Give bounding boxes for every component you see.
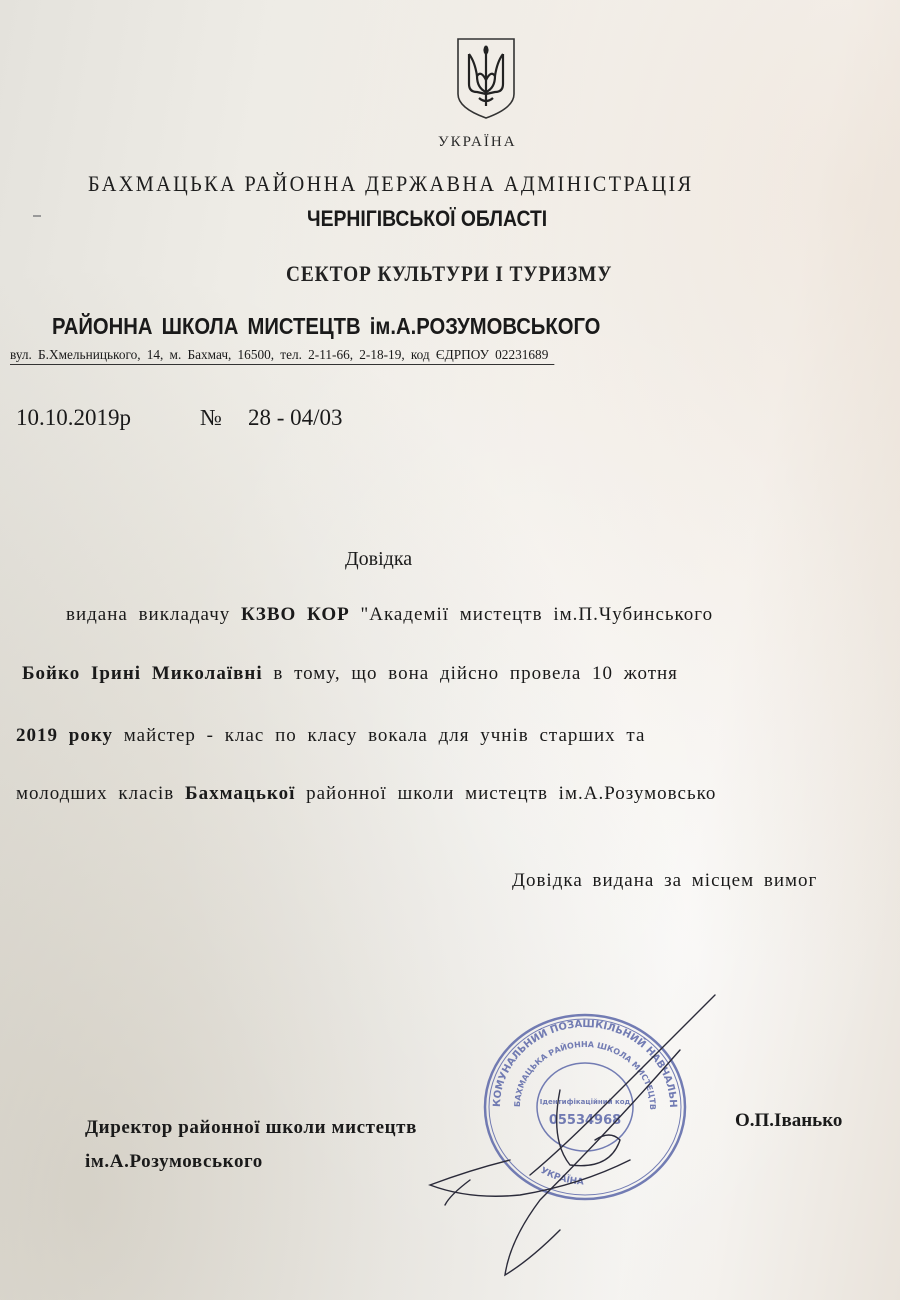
sector-name: СЕКТОР КУЛЬТУРИ І ТУРИЗМУ [286,261,612,287]
handwritten-signature-icon [410,990,730,1290]
body-text: районної школи мистецтв ім.А.Розумовсько [295,783,716,804]
administration-name: БАХМАЦЬКА РАЙОННА ДЕРЖАВНА АДМІНІСТРАЦІЯ [88,171,694,197]
director-position: Директор районної школи мистецтв [85,1117,417,1139]
body-text: молодших класів [16,783,185,804]
document-title: Довідка [345,548,412,571]
body-text: в тому, що вона дійсно провела 10 жотня [263,663,678,684]
country-name: УКРАЇНА [438,134,517,151]
closing-statement: Довідка видана за місцем вимог [512,870,817,892]
institution-abbrev: КЗВО КОР [241,604,350,625]
body-line-1: видана викладачу КЗВО КОР "Академії мист… [66,604,713,626]
document-date: 10.10.2019р [16,405,131,431]
body-text: видана викладачу [66,604,241,625]
oblast-name: ЧЕРНІГІВСЬКОЇ ОБЛАСТІ [307,206,547,232]
margin-mark [33,215,41,217]
district-name: Бахмацької [185,783,295,804]
director-position-school: ім.А.Розумовського [85,1151,263,1173]
body-text: майстер - клас по класу вокала для учнів… [113,725,645,746]
body-line-2: Бойко Ірині Миколаївні в тому, що вона д… [22,663,678,685]
signer-name: О.П.Іванько [735,1110,842,1132]
tryzub-coat-of-arms-icon [455,36,517,120]
number-label: № [200,405,222,431]
school-address: вул. Б.Хмельницького, 14, м. Бахмач, 165… [10,348,554,365]
document-number: 28 - 04/03 [248,405,343,431]
body-line-3: 2019 року майстер - клас по класу вокала… [16,725,645,747]
body-text: "Академії мистецтв ім.П.Чубинського [350,604,713,625]
recipient-name: Бойко Ірині Миколаївні [22,663,263,684]
year-text: 2019 року [16,725,113,746]
body-line-4: молодших класів Бахмацької районної школ… [16,783,716,805]
school-name: РАЙОННА ШКОЛА МИСТЕЦТВ ім.А.РОЗУМОВСЬКОГ… [52,313,600,340]
